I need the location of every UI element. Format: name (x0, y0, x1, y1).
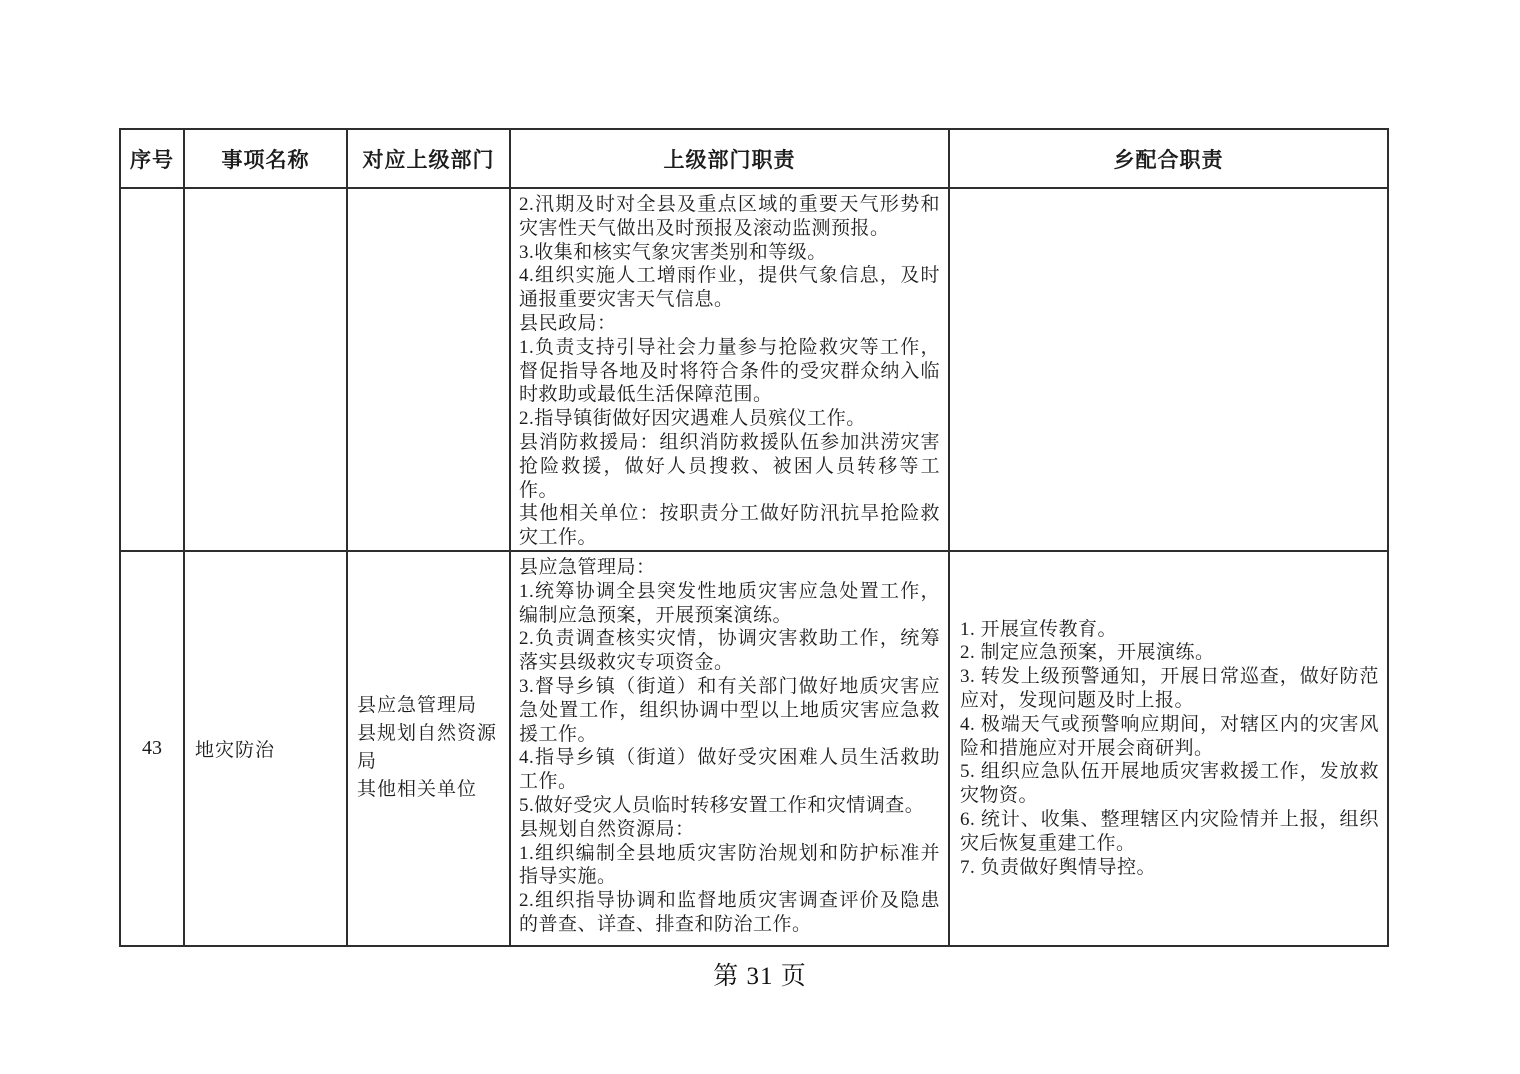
duty-paragraph: 县规划自然资源局 (357, 720, 504, 776)
duty-paragraph: 1.组织编制全县地质灾害防治规划和防护标准并指导实施。 (519, 842, 940, 890)
duty-paragraph: 县规划自然资源局： (519, 818, 940, 842)
duty-paragraph: 县应急管理局： (519, 556, 940, 580)
cell-superior-duties: 2.汛期及时对全县及重点区域的重要天气形势和灾害性天气做出及时预报及滚动监测预报… (510, 188, 949, 551)
duty-paragraph: 4.组织实施人工增雨作业，提供气象信息，及时通报重要灾害天气信息。 (519, 264, 940, 312)
duty-paragraph: 县民政局： (519, 312, 940, 336)
duty-paragraph: 1.负责支持引导社会力量参与抢险救灾等工作，督促指导各地及时将符合条件的受灾群众… (519, 336, 940, 407)
cell-seq: 43 (120, 551, 184, 946)
cell-item-empty (184, 188, 347, 551)
cell-seq-empty (120, 188, 184, 551)
duty-paragraph: 3.督导乡镇（街道）和有关部门做好地质灾害应急处置工作，组织协调中型以上地质灾害… (519, 675, 940, 746)
duty-paragraph: 7. 负责做好舆情导控。 (960, 856, 1379, 880)
duty-paragraph: 6. 统计、收集、整理辖区内灾险情并上报，组织灾后恢复重建工作。 (960, 808, 1379, 856)
duty-paragraph: 2.汛期及时对全县及重点区域的重要天气形势和灾害性天气做出及时预报及滚动监测预报… (519, 193, 940, 241)
cell-dept-empty (347, 188, 510, 551)
header-item-name: 事项名称 (184, 129, 347, 188)
cell-superior-duties: 县应急管理局：1.统筹协调全县突发性地质灾害应急处置工作，编制应急预案，开展预案… (510, 551, 949, 946)
page-number: 第 31 页 (0, 956, 1520, 992)
duty-paragraph: 其他相关单位 (357, 776, 504, 804)
duty-paragraph: 1.统筹协调全县突发性地质灾害应急处置工作，编制应急预案，开展预案演练。 (519, 580, 940, 628)
responsibilities-table: 序号 事项名称 对应上级部门 上级部门职责 乡配合职责 2.汛期及时对全县及重点… (119, 128, 1389, 947)
duty-paragraph: 5. 组织应急队伍开展地质灾害救援工作，发放救灾物资。 (960, 760, 1379, 808)
table-row-continuation: 2.汛期及时对全县及重点区域的重要天气形势和灾害性天气做出及时预报及滚动监测预报… (120, 188, 1388, 551)
duty-paragraph: 县应急管理局 (357, 692, 504, 720)
duty-paragraph: 4. 极端天气或预警响应期间，对辖区内的灾害风险和措施应对开展会商研判。 (960, 713, 1379, 761)
duty-paragraph: 2.组织指导协调和监督地质灾害调查评价及隐患的普查、详查、排查和防治工作。 (519, 889, 940, 937)
cell-township-duties: 1. 开展宣传教育。2. 制定应急预案，开展演练。3. 转发上级预警通知，开展日… (949, 551, 1388, 946)
duty-paragraph: 2.指导镇街做好因灾遇难人员殡仪工作。 (519, 407, 940, 431)
duty-paragraph: 2. 制定应急预案，开展演练。 (960, 641, 1379, 665)
duty-paragraph: 3.收集和核实气象灾害类别和等级。 (519, 241, 940, 265)
duty-paragraph: 其他相关单位：按职责分工做好防汛抗旱抢险救灾工作。 (519, 502, 940, 550)
duty-paragraph: 3. 转发上级预警通知，开展日常巡查，做好防范应对，发现问题及时上报。 (960, 665, 1379, 713)
cell-township-duties (949, 188, 1388, 551)
cell-superior-dept: 县应急管理局县规划自然资源局其他相关单位 (347, 551, 510, 946)
header-superior-dept: 对应上级部门 (347, 129, 510, 188)
table-row-43: 43 地灾防治 县应急管理局县规划自然资源局其他相关单位 县应急管理局：1.统筹… (120, 551, 1388, 946)
header-seq: 序号 (120, 129, 184, 188)
header-superior-duties: 上级部门职责 (510, 129, 949, 188)
duty-paragraph: 1. 开展宣传教育。 (960, 618, 1379, 642)
header-row: 序号 事项名称 对应上级部门 上级部门职责 乡配合职责 (120, 129, 1388, 188)
duty-paragraph: 4.指导乡镇（街道）做好受灾困难人员生活救助工作。 (519, 746, 940, 794)
duty-paragraph: 县消防救援局：组织消防救援队伍参加洪涝灾害抢险救援，做好人员搜救、被困人员转移等… (519, 431, 940, 502)
duty-paragraph: 2.负责调查核实灾情，协调灾害救助工作，统筹落实县级救灾专项资金。 (519, 627, 940, 675)
duty-paragraph: 5.做好受灾人员临时转移安置工作和灾情调查。 (519, 794, 940, 818)
cell-item-name: 地灾防治 (184, 551, 347, 946)
header-township-duties: 乡配合职责 (949, 129, 1388, 188)
